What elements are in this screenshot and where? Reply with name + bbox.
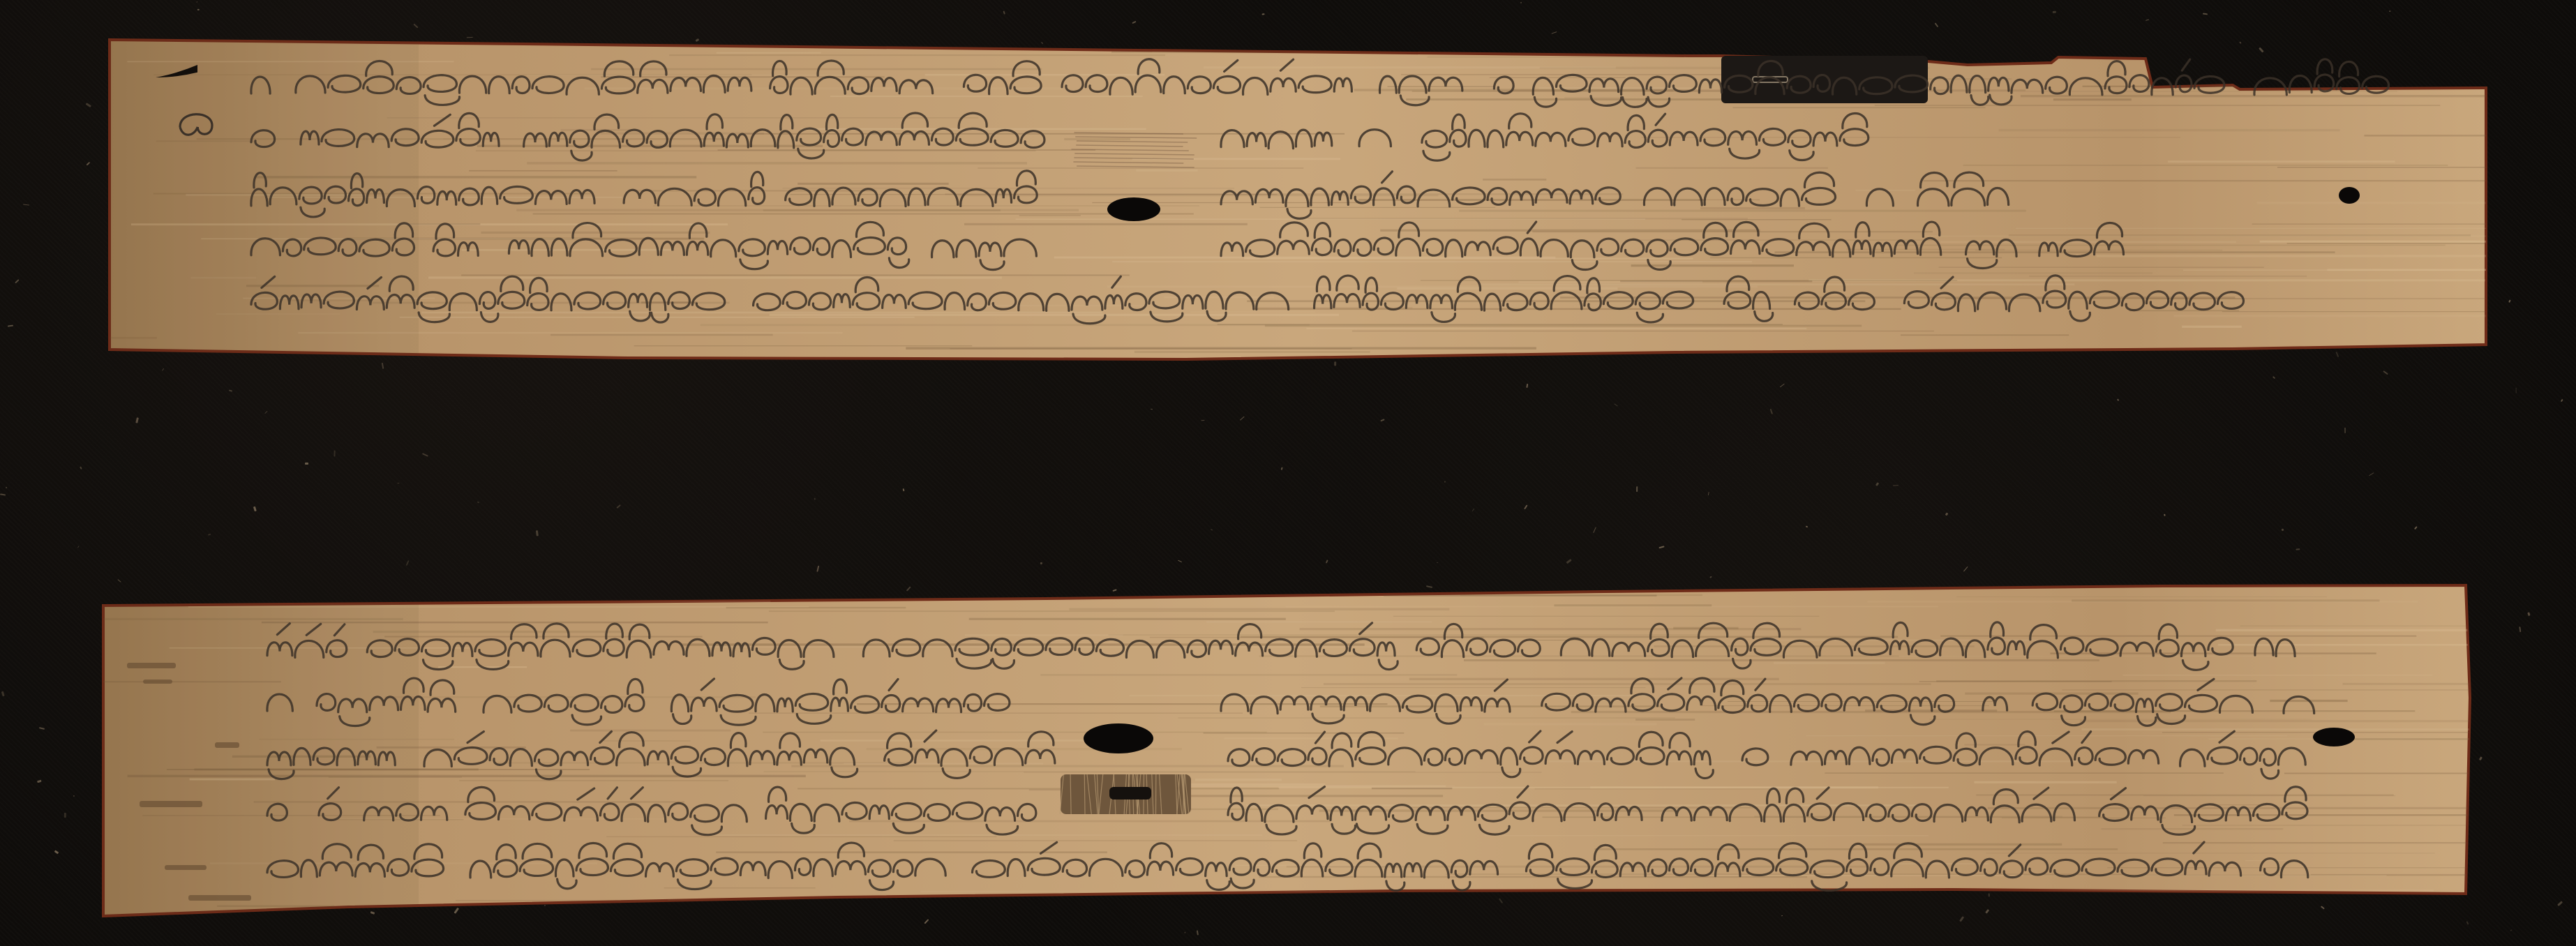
edge-flake <box>215 742 239 748</box>
edge-flake <box>140 801 202 807</box>
edge-flake <box>127 663 176 668</box>
edge-flake <box>143 680 172 684</box>
text-line-3: ဥကျာ ဂိုဂွဲ ကြဂဲ ဂဲဂြိ ဂိုဂဲ ဂိုဂဲဂဲ ကြေ… <box>267 735 2296 776</box>
right-binding-hole <box>2313 728 2355 746</box>
text-line-5: ဂ္ဂ ဂိုသိံ ကဂ္ဂ ဥ ဂဲ ဂဲ ဥ ဂိုဂဲ ဂ္ဂ ဂြဲ … <box>267 846 2309 888</box>
edge-flake <box>188 895 251 901</box>
text-line-1: သူကြောက ဓုတော် ဝဏ္ဏ ဆော့ဆ ဓမ္မံဒ္ဓဲလ္ဗဥ္… <box>267 626 2302 668</box>
text-line-2: ဂိုဂဲလ် ဥ ဂြောင်း ဒွိလ်သိ ဂဲ ဂြဲ မှိုထွက… <box>267 682 2316 723</box>
edge-flake <box>165 865 207 870</box>
text-line-4: သ္ဂ ဂိုဂဲ ဂဲ ဂ ဥ ဂဲ ဂ ဂိုဂဲ ဂဲ ဂဲ ဥ ဂ ဂိ… <box>267 790 2323 832</box>
